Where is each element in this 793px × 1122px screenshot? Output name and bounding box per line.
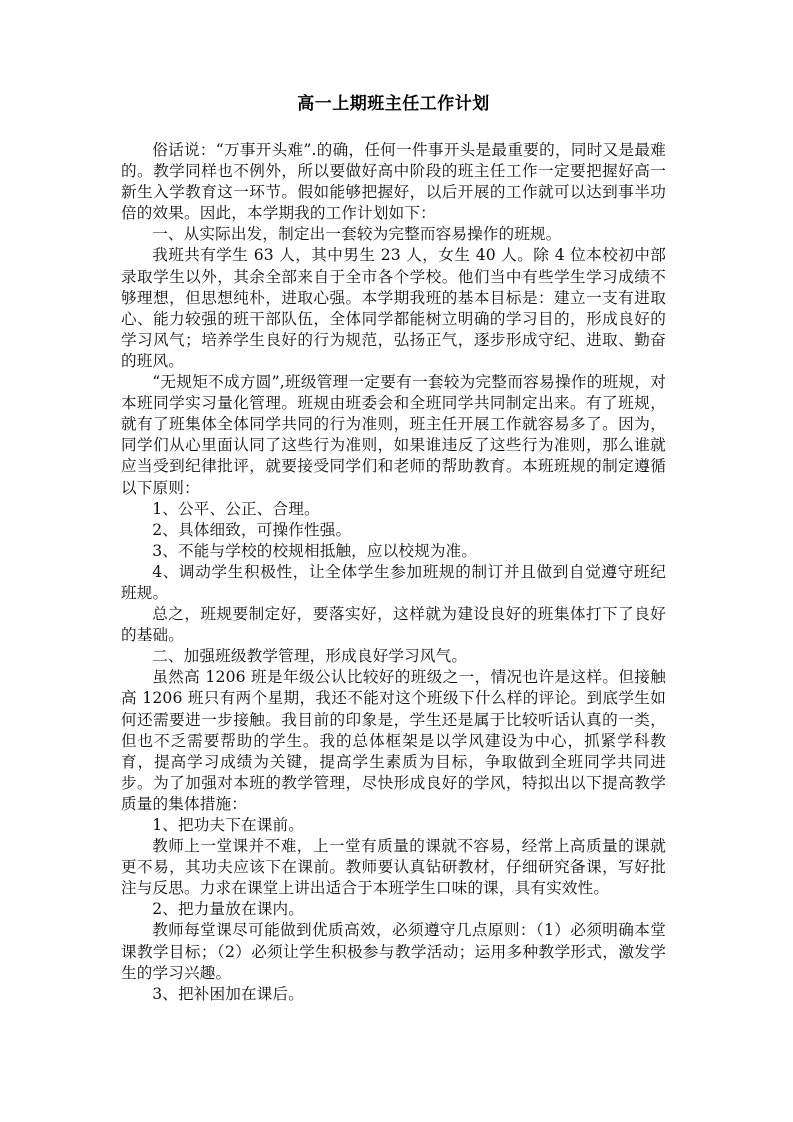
principle-item-2: 2、具体细致，可操作性强。 [121,520,666,541]
measure-1-detail: 教师上一堂课并不难，上一堂有质量的课就不容易，经常上高质量的课就更不易，其功夫应… [121,836,666,899]
rules-summary-paragraph: 总之，班规要制定好，要落实好，这样就为建设良好的班集体打下了良好的基础。 [121,604,666,646]
teaching-management-paragraph: 虽然高 1206 班是年级公认比较好的班级之一，情况也许是这样。但接触高 120… [121,667,666,815]
document-page: 高一上期班主任工作计划 俗话说：“万事开头难”.的确，任何一件事开头是最重要的，… [121,92,666,1005]
measure-item-1: 1、把功夫下在课前。 [121,815,666,836]
intro-paragraph: 俗话说：“万事开头难”.的确，任何一件事开头是最重要的，同时又是最难的。教学同样… [121,140,666,224]
principle-item-3: 3、不能与学校的校规相抵触，应以校规为准。 [121,541,666,562]
principle-item-4: 4、调动学生积极性，让全体学生参加班规的制订并且做到自觉遵守班纪班规。 [121,562,666,604]
section-heading-1: 一、从实际出发，制定出一套较为完整而容易操作的班规。 [121,224,666,245]
section-heading-2: 二、加强班级教学管理，形成良好学习风气。 [121,646,666,667]
class-rules-paragraph: “无规矩不成方圆”,班级管理一定要有一套较为完整而容易操作的班规，对本班同学实习… [121,372,666,499]
measure-item-3: 3、把补困加在课后。 [121,984,666,1005]
measure-item-2: 2、把力量放在课内。 [121,899,666,920]
principle-item-1: 1、公平、公正、合理。 [121,499,666,520]
measure-2-detail: 教师每堂课尽可能做到优质高效，必须遵守几点原则：（1）必须明确本堂课教学目标；（… [121,920,666,983]
class-overview-paragraph: 我班共有学生 63 人，其中男生 23 人，女生 40 人。除 4 位本校初中部… [121,245,666,372]
document-title: 高一上期班主任工作计划 [121,92,666,116]
